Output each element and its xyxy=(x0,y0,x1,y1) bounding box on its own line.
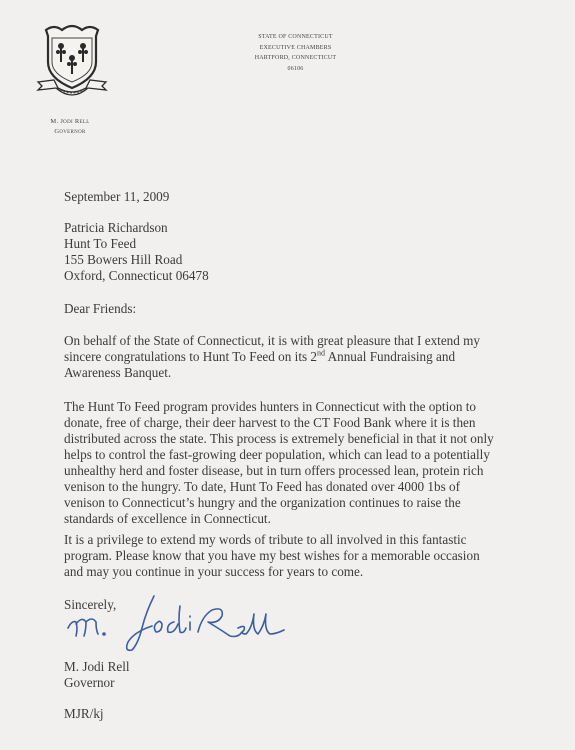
paragraph-line: sincere congratulations to Hunt To Feed … xyxy=(64,349,534,365)
letter-date: September 11, 2009 xyxy=(64,189,534,205)
paragraph-congratulations: On behalf of the State of Connecticut, i… xyxy=(64,333,534,381)
paragraph-line: and may you continue in your success for… xyxy=(64,564,534,580)
paragraph-line: donate, free of charge, their deer harve… xyxy=(64,415,534,431)
office-line: 06106 xyxy=(228,64,363,75)
office-line: EXECUTIVE CHAMBERS xyxy=(228,43,363,54)
recipient-city: Oxford, Connecticut 06478 xyxy=(64,268,534,284)
paragraph-line: unhealthy herd and foster disease, but i… xyxy=(64,463,534,479)
office-line: HARTFORD, CONNECTICUT xyxy=(228,53,363,64)
paragraph-tribute: It is a privilege to extend my words of … xyxy=(64,532,534,580)
paragraph-program: The Hunt To Feed program provides hunter… xyxy=(64,399,534,527)
paragraph-line: Awareness Banquet. xyxy=(64,365,534,381)
governor-name-header: M. Jodi Rell xyxy=(38,117,102,127)
paragraph-line: helps to control the fast-growing deer p… xyxy=(64,447,534,463)
paragraph-line: The Hunt To Feed program provides hunter… xyxy=(64,399,534,415)
salutation: Dear Friends: xyxy=(64,301,534,317)
recipient-organization: Hunt To Feed xyxy=(64,236,534,252)
recipient-address: Patricia Richardson Hunt To Feed 155 Bow… xyxy=(64,220,534,284)
paragraph-line: On behalf of the State of Connecticut, i… xyxy=(64,333,534,349)
recipient-street: 155 Bowers Hill Road xyxy=(64,252,534,268)
governor-header: M. Jodi Rell Governor xyxy=(38,117,102,137)
signer-name: M. Jodi Rell xyxy=(64,659,534,675)
paragraph-line: distributed across the state. This proce… xyxy=(64,431,534,447)
paragraph-line: It is a privilege to extend my words of … xyxy=(64,532,534,548)
office-address: STATE OF CONNECTICUT EXECUTIVE CHAMBERS … xyxy=(228,32,363,74)
handwritten-signature xyxy=(62,592,302,654)
office-line: STATE OF CONNECTICUT xyxy=(228,32,363,43)
connecticut-state-seal-icon xyxy=(34,22,110,102)
paragraph-line: standards of excellence in Connecticut. xyxy=(64,511,534,527)
paragraph-line: venison to the hungry. To date, Hunt To … xyxy=(64,479,534,495)
signer-block: M. Jodi Rell Governor xyxy=(64,659,534,691)
recipient-name: Patricia Richardson xyxy=(64,220,534,236)
governor-title-header: Governor xyxy=(38,127,102,137)
paragraph-line: program. Please know that you have my be… xyxy=(64,548,534,564)
paragraph-line: venison to Connecticut’s hungry and the … xyxy=(64,495,534,511)
reference-initials: MJR/kj xyxy=(64,706,534,722)
signer-title: Governor xyxy=(64,675,534,691)
